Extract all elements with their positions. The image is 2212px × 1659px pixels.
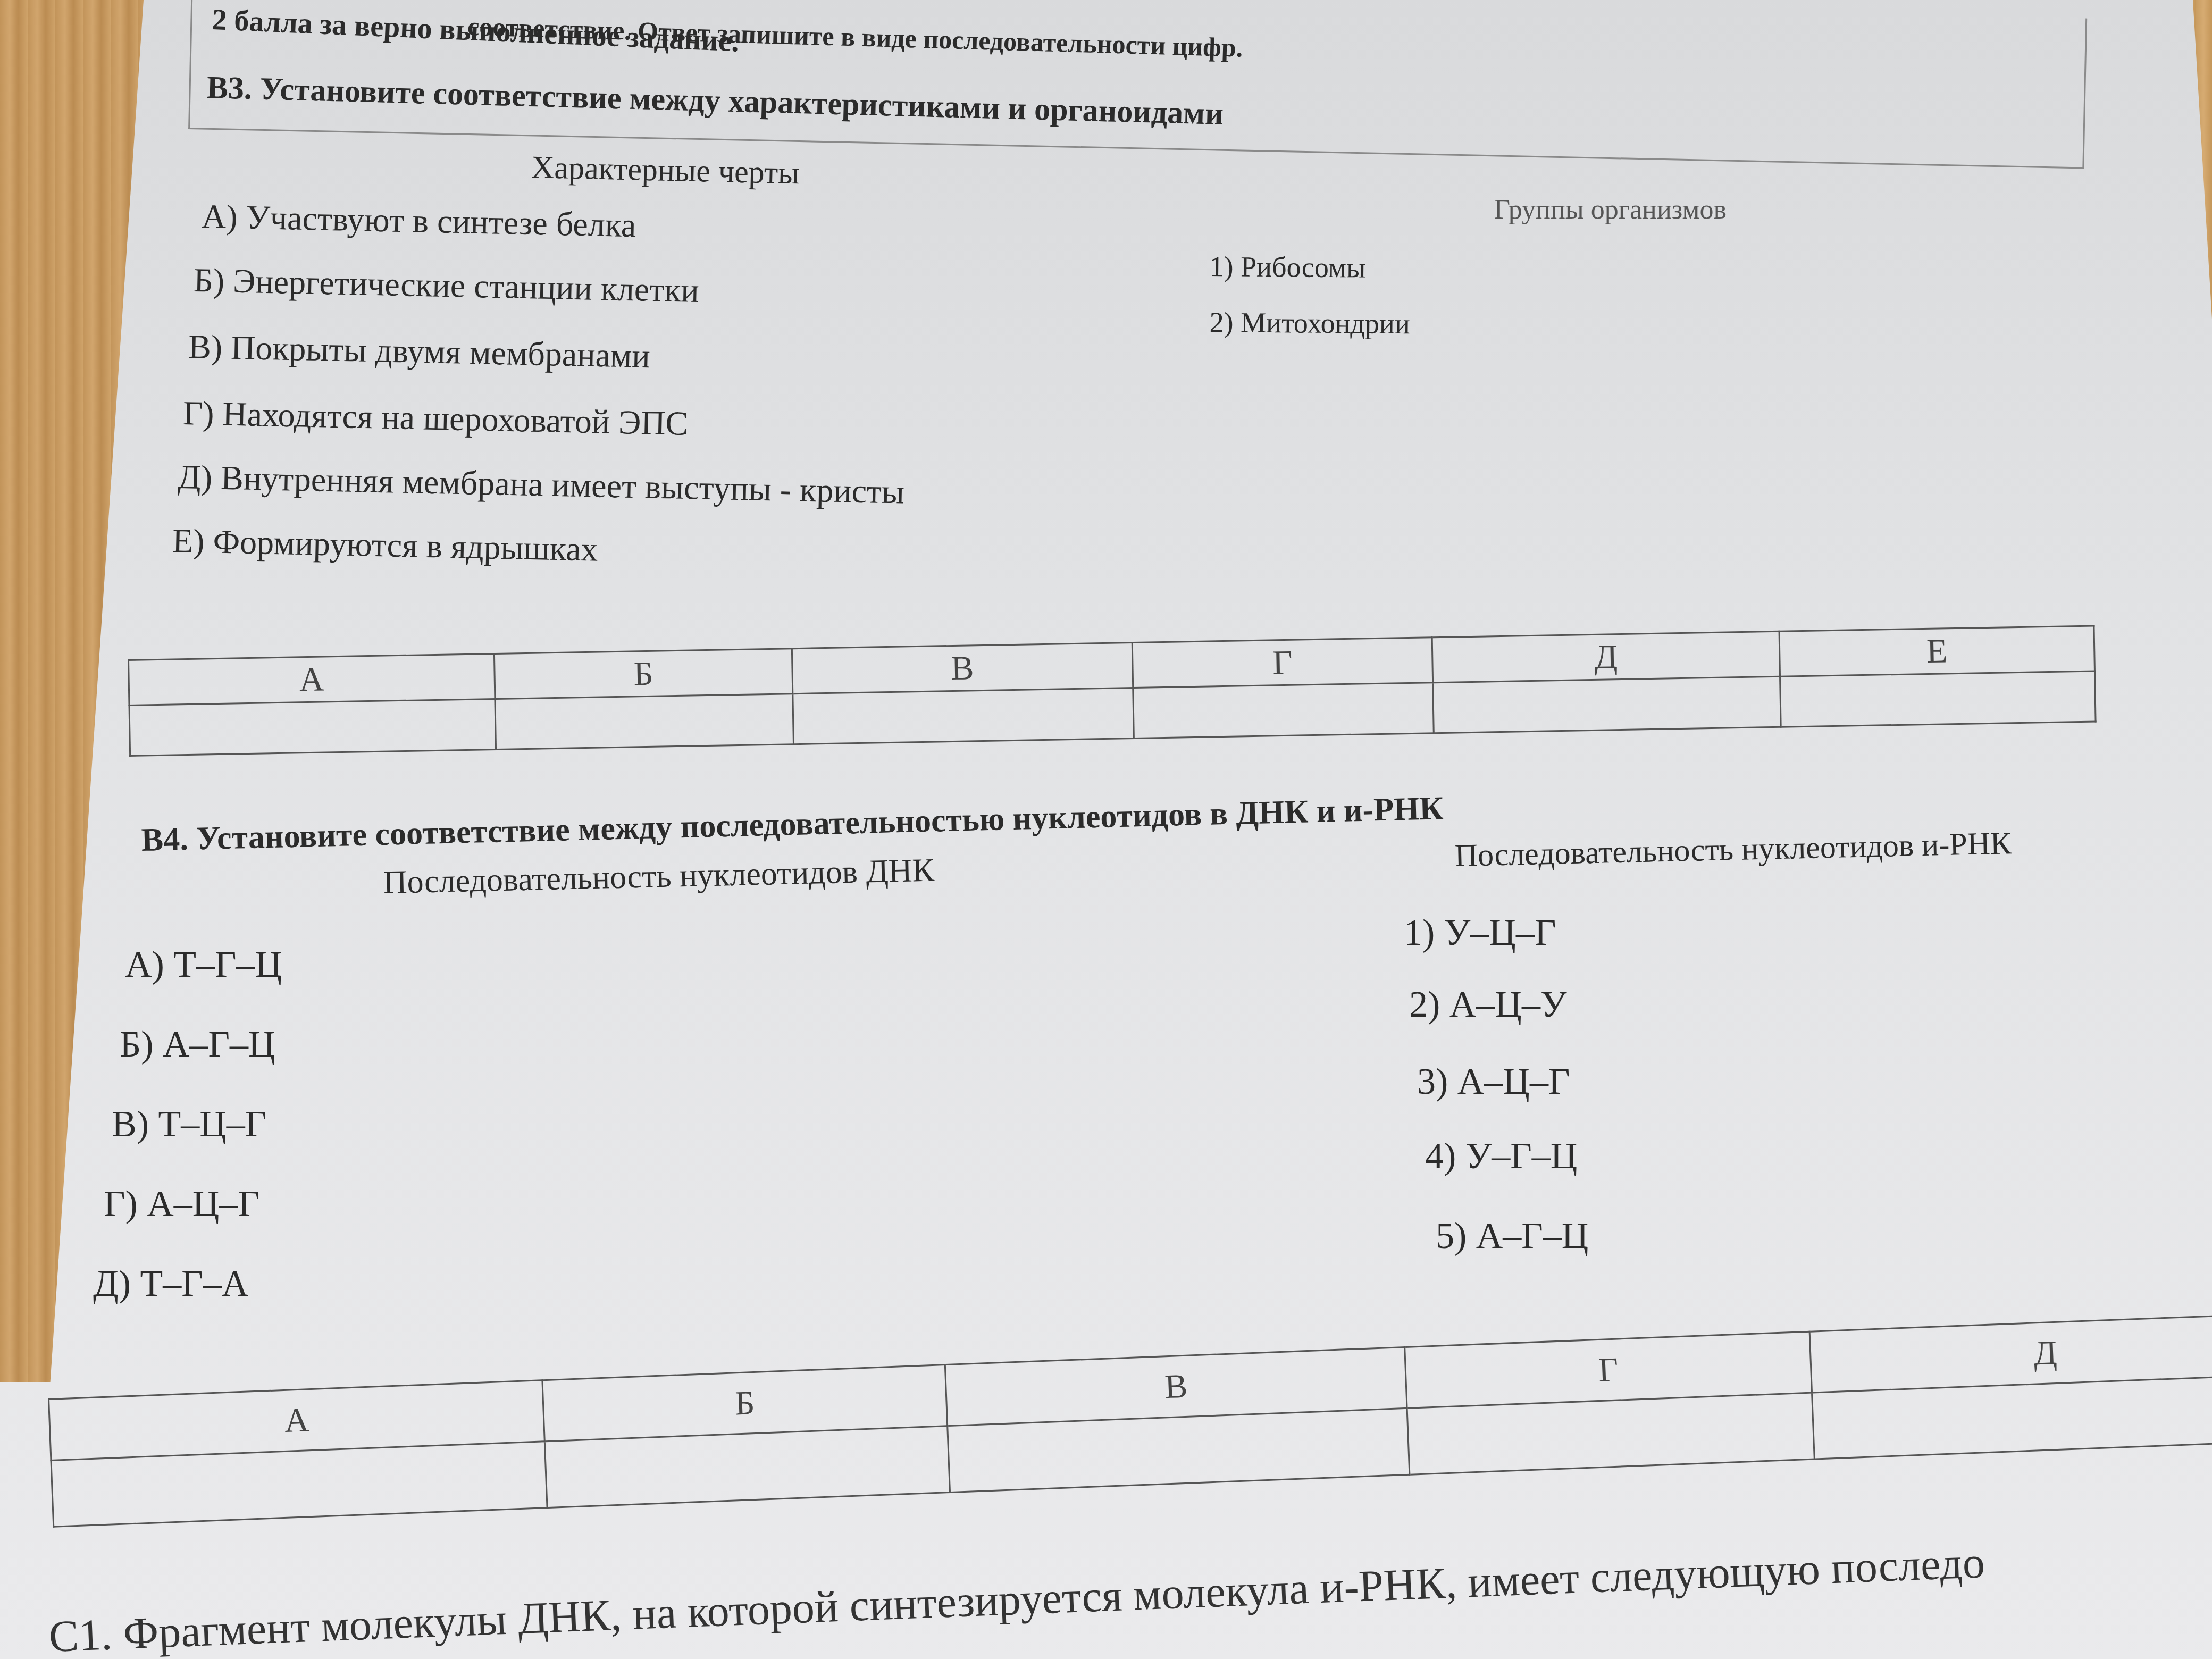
b3-organoid-option: 1) Рибосомы <box>1209 250 1365 284</box>
answer-cell[interactable] <box>1433 676 1781 733</box>
c1-text: С1. Фрагмент молекулы ДНК, на которой си… <box>48 1537 1986 1659</box>
b3-characteristic-item: Б) Энергетические станции клетки <box>193 261 699 311</box>
b3-right-heading: Группы организмов <box>1494 194 1727 225</box>
answer-cell[interactable] <box>495 694 793 750</box>
b4-rna-sequence-option: 3) А–Ц–Г <box>1417 1061 1570 1103</box>
answer-cell[interactable] <box>129 699 496 756</box>
b3-characteristic-item: Е) Формируются в ядрышках <box>172 521 598 569</box>
b3-characteristic-item: А) Участвуют в синтезе белка <box>201 197 636 245</box>
b4-dna-sequence-item: А) Т–Г–Ц <box>125 944 282 986</box>
answer-cell[interactable] <box>793 688 1134 744</box>
b4-rna-sequence-option: 5) А–Г–Ц <box>1436 1215 1588 1258</box>
b3-characteristic-item: В) Покрыты двумя мембранами <box>188 327 650 376</box>
b3-characteristic-item: Д) Внутренняя мембрана имеет выступы - к… <box>177 457 904 512</box>
table-column-header: Д <box>1432 631 1780 682</box>
table-column-header: Г <box>1132 638 1432 688</box>
b4-rna-sequence-option: 4) У–Г–Ц <box>1425 1135 1577 1178</box>
b3-organoid-option: 2) Митохондрии <box>1209 306 1410 340</box>
b4-dna-sequence-item: Г) А–Ц–Г <box>104 1183 259 1226</box>
answer-cell[interactable] <box>1133 683 1434 739</box>
table-column-header: Е <box>1779 626 2094 676</box>
b3-answer-table: АБВГДЕ <box>128 625 2097 757</box>
b4-dna-sequence-item: Д) Т–Г–А <box>93 1263 248 1305</box>
b4-right-heading: Последовательность нуклеотидов и-РНК <box>1454 825 2012 874</box>
b4-rna-sequence-option: 2) А–Ц–У <box>1409 984 1566 1026</box>
answer-cell[interactable] <box>1780 671 2096 727</box>
b4-title: В4. Установите соответствие между послед… <box>141 790 1444 859</box>
worksheet: соответствие. Ответ запишите в виде посл… <box>0 0 2212 1659</box>
table-column-header: Б <box>494 649 793 699</box>
b3-characteristic-item: Г) Находятся на шероховатой ЭПС <box>182 393 689 443</box>
table-column-header: В <box>792 643 1133 694</box>
b3-left-heading: Характерные черты <box>531 149 800 191</box>
b4-dna-sequence-item: В) Т–Ц–Г <box>112 1103 266 1146</box>
b4-answer-table: АБВГД <box>48 1313 2212 1528</box>
b4-dna-sequence-item: Б) А–Г–Ц <box>120 1024 275 1066</box>
table-column-header: А <box>129 653 495 705</box>
b4-left-heading: Последовательность нуклеотидов ДНК <box>383 851 935 901</box>
b4-rna-sequence-option: 1) У–Ц–Г <box>1404 912 1556 954</box>
